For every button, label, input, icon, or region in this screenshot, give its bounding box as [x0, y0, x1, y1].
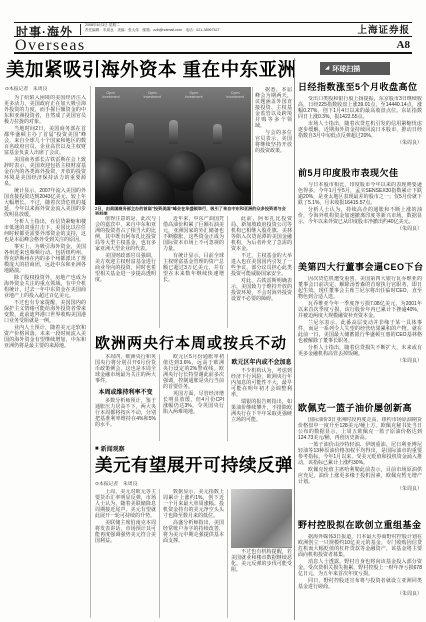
ecb-column-c: 欧元区年内或不会加息不少机构认为，考虑到经济下行风险，欧洲央行年内加息的可能性不…: [231, 354, 292, 441]
open-investment-banner: OpenInvestment: [102, 91, 120, 99]
body-paragraph: 美国财政部官员强调，美方欢迎主权财富基金进行商业导向的投资，同时也希望相关基金进…: [95, 253, 156, 283]
main-article-column-a: 值得注意的是，此次与会的嘉宾中，来自中东和亚洲的投资者占了相当大的比例，其中既有…: [95, 216, 156, 328]
paper-name: 上海证券报: [357, 22, 410, 36]
main-byline: ⊙本报记者 朱周良: [5, 85, 47, 92]
sidebar-headline: 前5月印度股市表现欠佳: [298, 166, 422, 179]
column-divider: [159, 216, 160, 328]
article-subhead: 欧元区年内或不会加息: [231, 357, 292, 366]
conference-photo: OpenInvestment OpenInvestment OpenInvest…: [95, 87, 251, 205]
attendee-figure: [213, 124, 222, 144]
open-investment-banner: OpenInvestment: [143, 91, 161, 99]
body-paragraph: 近年来，中东产油国凭借高油价积累了巨额石油美元，亚洲国家的外汇储备也不断膨胀，这…: [163, 216, 224, 252]
sidebar-badge: ◢ 环球扫描: [320, 62, 390, 75]
body-paragraph: 兰尼尔表示，此番高层变动并非缘于某一具体事件，而是一系列令人失望的经营结果累积的…: [298, 320, 422, 344]
dollar-byline: ⊙本报记者 朱周良: [95, 480, 137, 487]
dollar-column-c: 不过也有机构提醒，若美国就业和楼市数据继续恶化，美元反弹的步伐可能受阻。: [231, 489, 292, 618]
body-paragraph: 本周四，欧洲央行和英国央行将分别召开6月份货币政策例会，这也是本周全球金融市场最…: [95, 354, 156, 384]
sidebar-article-body: 与日本股市相比，印度股市今年以来的表现则要逊色得多。今年1月至5月，孟买SENS…: [298, 182, 422, 258]
body-paragraph: 受出口类股和银行股上扬提振，东京股市3日继续收高，日经225指数收盘上涨39.0…: [298, 96, 422, 120]
page-number: A8: [397, 39, 410, 51]
body-paragraph: 事实上，为吸引海外资金，美国各州近来也频频行动。包括纽约州、得克萨斯州在内的多个…: [4, 244, 86, 274]
body-paragraph: 对此，古铁雷斯明确表示，美国致力于维持开放的投资环境，不会对海外投资设置不必要的…: [231, 278, 292, 302]
body-paragraph: 消息人士透露，野村自身也将向该基金投入部分资金。受次贷相关损失拖累，野村控股上一…: [298, 559, 422, 577]
sidebar-article-body: 因次贷危机遭受重创，美国第四大银行瓦乔维亚的董事会日前决定，解除汤普森的首席执行…: [298, 276, 422, 398]
body-paragraph: 值得注意的是，此次与会的嘉宾中，来自中东和亚洲的投资者占了相当大的比例，其中既有…: [95, 216, 156, 252]
body-paragraph: 统计显示，2007年流入美国的外国直接投资达到2043亿美元，较上年大幅增长。不…: [4, 188, 86, 218]
body-paragraph: 欧佩克轮值主席哈利勒此前表示，目前市场原油供应充足，油价上涨更多缘于投机因素，欧…: [298, 467, 422, 485]
body-paragraph: 瑞银的报告则指出，如果油价继续攀升，不排除欧洲央行在下半年采取更强硬立场的可能。: [231, 399, 292, 423]
body-paragraph: 高盛分析师指出，美国经常账户赤字的持续改善，将为美元中期走强提供基本面支撑。: [163, 520, 224, 544]
masthead-info: 2008年6月3日 星期二 责任编辑：朱周良 美编：张大伟 邮箱：zzb@hot…: [85, 23, 219, 32]
body-paragraph: 数据显示，美元指数上周累计上涨约1%，创下近一个月来最大单周涨幅。投机资金持有的…: [163, 489, 224, 519]
column-divider: [227, 489, 228, 618]
sidebar-headline: 日经指数涨至5个月收盘高位: [298, 80, 422, 93]
sidebar-headline: 野村控股拟在欧创立重组基金: [298, 518, 422, 531]
dollar-column-b: 数据显示，美元指数上周累计上涨约1%，创下近一个月来最大单周涨幅。投机资金持有的…: [163, 489, 224, 618]
masthead-bottom-rule: [14, 52, 412, 54]
sidebar-article: 前5月印度股市表现欠佳 与日本股市相比，印度股市今年以来的表现则要逊色得多。今年…: [298, 166, 422, 258]
body-paragraph: 分析人士指出，在信贷紧缩和楼市低迷的双重打击下，美国比以往任何时候都更需要外部资…: [4, 219, 86, 243]
article-credit: （朱周良）: [298, 140, 422, 146]
column-divider: [252, 87, 253, 205]
body-paragraph: 市场人士指出，随着次贷危机引发的信用紧缩忧虑逐步缓解，近期海外资金持续回流日本股…: [298, 121, 422, 139]
body-paragraph: 美国商务部长古铁雷斯在会上致辞时表示，美国欢迎包括主权财富基金在内的各类海外投资…: [4, 157, 86, 187]
photo-caption: 2日，由美国商务部主办的首届“投资美国”峰会在华盛顿举行，吸引了来自中东和亚洲的…: [95, 206, 292, 215]
sidebar-article: 美第四大行董事会逼CEO下台 因次贷危机遭受重创，美国第四大银行瓦乔维亚的董事会…: [298, 260, 422, 398]
scan-arrow-icon: ◢: [325, 66, 329, 72]
body-paragraph: 瓦乔维亚今年一季度净亏损7.08亿美元，为2001年以来首次季度亏损，该行股价年…: [298, 301, 422, 319]
body-paragraph: 分析人士指出，随着信贷损失不断扩大，未来或有更多金融机构高管丢掉饭碗。: [298, 345, 422, 357]
body-paragraph: 分析人士认为，持续高企的通胀和不断上涨的油价，令海外机构资金加速撤离印度等新兴市…: [298, 207, 422, 225]
body-paragraph: 不过也有机构提醒，若美国就业和楼市数据继续恶化，美元反弹的步伐可能受阻。: [231, 549, 292, 573]
ecb-column-a: 本周四，欧洲央行和英国央行将分别召开6月份货币政策例会，这也是本周全球金融市场最…: [95, 354, 156, 441]
sidebar-headline: 欧佩克一篮子油价屡创新高: [298, 401, 422, 414]
article-subhead: 本周或维持利率不变: [95, 387, 156, 396]
body-paragraph: 国际油价3日亚洲时段再度走高，纽约市场原油期货价格盘中一度升至128美元/桶上方…: [298, 417, 422, 441]
body-paragraph: 有统计显示，目前全球主权财富基金管理的资产总额已超过3万亿美元，并有望在未来数年…: [163, 253, 224, 283]
main-article-left-column: 为了给陷入困境的美国经济注入更多活力，美国政府正在加大吸引海外投资的力度，而手握…: [4, 95, 86, 618]
body-paragraph: 上周，美元对欧元等主要货币汇率明显反弹，市场人士认为，随着美联储降息周期接近尾声…: [95, 489, 156, 519]
sidebar-article-body: 国际油价3日亚洲时段再度走高，纽约市场原油期货价格盘中一度升至128美元/桶上方…: [298, 417, 422, 515]
sidebar-divider: [294, 58, 295, 620]
attendee-figure: [125, 123, 134, 143]
body-paragraph: 多数分析师预计，鉴于通胀压力居高不下，两大央行本周都将按兵不动，分别把基准利率维…: [95, 398, 156, 428]
sidebar-headline: 美第四大行董事会逼CEO下台: [298, 260, 422, 273]
main-headline: 美加紧吸引海外资本 重在中东亚洲: [6, 56, 294, 82]
banner-row: OpenInvestment OpenInvestment OpenInvest…: [95, 87, 251, 99]
body-paragraph: 此前，阿布扎比投资局、新加坡政府投资公司等机构已相继入股花旗、美林等陷入次贷泥潭…: [231, 216, 292, 252]
body-paragraph: 美联储主席伯南克本周将发表讲话，市场预计其可能再度强调强势美元符合美国利益。: [95, 520, 156, 544]
dollar-column-c-text: 不过也有机构提醒，若美国就业和楼市数据继续恶化，美元反弹的步伐可能受阻。: [231, 549, 292, 573]
sidebar-article-body: 受出口类股和银行股上扬提振，东京股市3日继续收高，日经225指数收盘上涨39.0…: [298, 96, 422, 164]
dollar-photo: [231, 489, 292, 547]
article-credit: （朱周良）: [298, 358, 422, 364]
body-paragraph: 一篮子油价由沙特轻油、伊朗重油、尼日利亚博尼轻油等13种原油价格加权平均得出，是…: [298, 442, 422, 466]
column-divider: [159, 489, 160, 618]
ecb-column-b: 欧元区5月份通胀率初值达到3.6%，远高于欧洲央行设定的2%警戒线。欧洲央行行长…: [163, 354, 224, 441]
column-divider: [227, 354, 228, 441]
article-credit: （朱周良）: [298, 226, 422, 232]
open-investment-banner: OpenInvestment: [185, 91, 203, 99]
body-paragraph: 据海外媒体3日报道，日本最大券商野村控股计划在欧洲创立一只规模约10亿美元的基金…: [298, 534, 422, 558]
sidebar-article: 日经指数涨至5个月收盘高位 受出口类股和银行股上扬提振，东京股市3日继续收高，日…: [298, 80, 422, 164]
body-paragraph: 与日本股市相比，印度股市今年以来的表现则要逊色得多。今年1月至5月，孟买SENS…: [298, 182, 422, 206]
article-credit: （朱周良）: [298, 591, 422, 597]
body-paragraph: 当地时间2日，美国商务部在首都华盛顿主办了首届“投资美国”峰会，来自全球几十个国…: [4, 126, 86, 156]
newspaper-page: 时事·海外 2008年6月3日 星期二 责任编辑：朱周良 美编：张大伟 邮箱：z…: [0, 0, 426, 622]
attendee-figure: [169, 120, 178, 144]
body-paragraph: 据悉，本届峰会为期两天，议题涵盖外国直接投资、主权基金监管以及跨境并购等多个领域…: [255, 87, 292, 129]
column-divider: [227, 216, 228, 328]
body-paragraph: 与会的多位官员表示，美国将继续坚持开放的投资政策。: [255, 130, 292, 154]
body-paragraph: 不少机构认为，考虑到经济下行风险，欧洲央行年内加息的可能性不大，最早可能在明年初…: [231, 368, 292, 398]
dollar-column-a: 上周，美元对欧元等主要货币汇率明显反弹，市场人士认为，随着美联储降息周期接近尾声…: [95, 489, 156, 618]
ecb-headline: 欧洲两央行本周或按兵不动: [95, 332, 292, 353]
main-article-photo-side-column: 据悉，本届峰会为期两天，议题涵盖外国直接投资、主权基金监管以及跨境并购等多个领域…: [255, 87, 292, 205]
sidebar-article: 野村控股拟在欧创立重组基金 据海外媒体3日报道，日本最大券商野村控股计划在欧洲创…: [298, 518, 422, 620]
main-article-column-c: 此前，阿布扎比投资局、新加坡政府投资公司等机构已相继入股花旗、美林等陷入次贷泥潭…: [231, 216, 292, 328]
sidebar-article: 欧佩克一篮子油价屡创新高 国际油价3日亚洲时段再度走高，纽约市场原油期货价格盘中…: [298, 401, 422, 515]
body-paragraph: 为了给陷入困境的美国经济注入更多活力，美国政府正在加大吸引海外投资的力度，而手握…: [4, 95, 86, 125]
masthead-divider: [80, 24, 81, 35]
body-paragraph: 英国方面，尽管经济增长明显放缓，但4月份CPI涨幅仍达3%，令英国央行陷入两难境…: [163, 391, 224, 415]
body-paragraph: 因次贷危机遭受重创，美国第四大银行瓦乔维亚的董事会日前决定，解除汤普森的首席执行…: [298, 276, 422, 300]
column-divider: [159, 354, 160, 441]
body-paragraph: 除了股权投资外，房地产也成为海外资金关注的重点领域。有中介机构统计，过去一年中东…: [4, 275, 86, 299]
main-article-column-b: 近年来，中东产油国凭借高油价积累了巨额石油美元，亚洲国家的外汇储备也不断膨胀，这…: [163, 216, 224, 328]
article-credit: （朱周良）: [298, 486, 422, 492]
body-paragraph: 不过也有专家提醒，美国国内的保护主义情绪可能给海外投资者带来变数，此前迪拜港口世…: [4, 300, 86, 324]
body-paragraph: 业内人士预计，随着美元走软和资产价格回落，未来一段时间流入美国的海外资金有望继续…: [4, 325, 86, 349]
staff-line: 责任编辑：朱周良 美编：张大伟 邮箱：zzb@hotmail.com 电话：02…: [85, 28, 219, 33]
body-paragraph: 欧元区5月份通胀率初值达到3.6%，远高于欧洲央行设定的2%警戒线。欧洲央行行长…: [163, 354, 224, 390]
kicker-square-icon: ■: [95, 446, 99, 452]
sidebar-badge-label: 环球扫描: [332, 64, 360, 74]
body-paragraph: 同日，野村控股还宣布将与投资者就设立亚洲同类基金进行磋商。: [298, 578, 422, 590]
open-investment-banner: OpenInvestment: [226, 91, 244, 99]
dollar-headline: 美元有望展开可持续反弹: [95, 452, 292, 477]
body-paragraph: 不过，主权基金的大举进入也在美国国内引发了一些争议，部分议员担心此类投资可能威胁…: [231, 253, 292, 277]
column-divider: [90, 86, 91, 618]
sidebar-article-body: 据海外媒体3日报道，日本最大券商野村控股计划在欧洲创立一只规模约10亿美元的基金…: [298, 534, 422, 620]
